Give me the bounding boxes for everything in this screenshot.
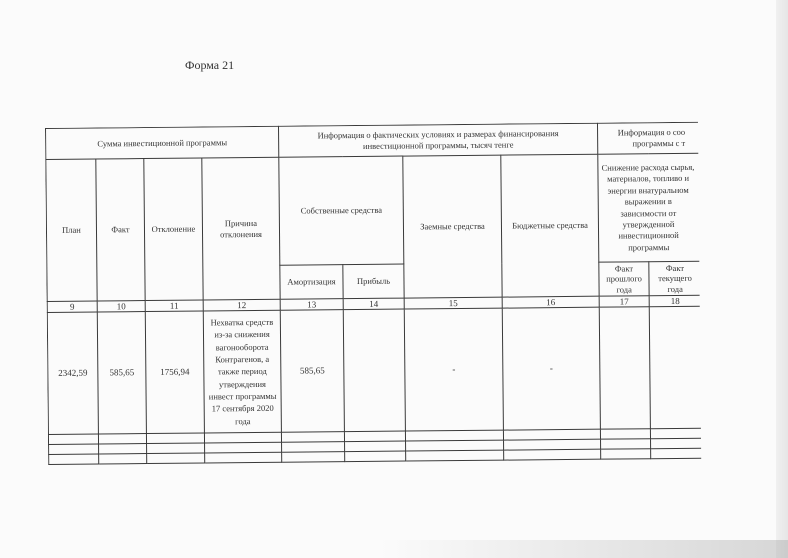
cell-plan: 2342,59 [47,312,98,434]
cell-profit [343,309,405,432]
header-plan: План [46,159,97,301]
column-number: 9 [47,301,97,312]
cell-deviation-reason: Нехватка средств из-за снижения вагонооб… [203,310,281,433]
cell-borrowed-funds: - [404,308,503,431]
header-compliance-info: Информация о соо программы с т [598,122,702,154]
header-profit: Прибыль [343,264,404,299]
column-number: 12 [203,299,280,311]
header-fact: Факт [96,159,145,301]
header-fact-curr-year: Факт текущего года [649,261,702,296]
table-row: 2342,59 585,65 1756,94 Нехватка средств … [47,306,701,435]
cell-depreciation: 585,65 [280,310,344,433]
scan-smudge [380,540,788,558]
header-investment-sum: Сумма инвестиционной программы [46,126,279,159]
header-depreciation: Амортизация [280,265,343,300]
header-borrowed-funds: Заемные средства [403,155,502,298]
header-deviation: Отклонение [144,158,203,301]
column-number: 17 [599,296,649,307]
scan-edge [776,0,788,558]
cell-fact-prev-year [599,307,650,429]
column-number: 13 [280,299,343,311]
form-title: Форма 21 [185,58,234,73]
cell-fact-curr-year [649,306,701,429]
header-deviation-reason: Причина отклонения [202,157,280,300]
cell-budget-funds: - [502,307,600,430]
cell-fact: 585,65 [97,312,146,434]
column-number: 18 [649,295,701,307]
investment-program-table: Сумма инвестиционной программы Информаци… [45,122,701,465]
column-number: 10 [97,301,145,312]
header-consumption-reduction: Снижение расхода сырья, материалов, топл… [598,153,702,262]
scanned-page: Форма 21 Сумма инвестиционной программы … [0,0,776,558]
cell-deviation: 1756,94 [145,311,204,434]
form-table-sheet: Сумма инвестиционной программы Информаци… [45,122,701,488]
header-financing-info: Информация о фактических условиях и разм… [279,123,598,157]
header-fact-prev-year: Факт прошлого года [599,262,649,296]
header-own-funds: Собственные средства [279,156,404,265]
header-budget-funds: Бюджетные средства [501,154,599,297]
column-number: 11 [145,300,203,312]
column-number: 14 [343,298,404,310]
